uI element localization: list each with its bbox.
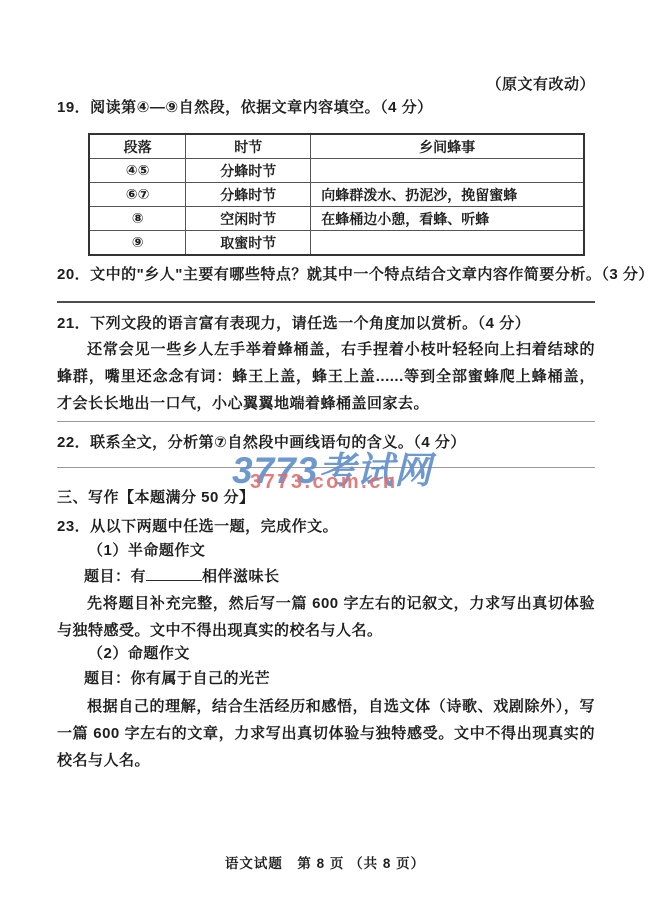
table-header-bee-affairs: 乡间蜂事 <box>311 134 584 159</box>
question-19-prompt: 19．阅读第④—⑨自然段，依据文章内容填空。（4 分） <box>57 99 433 118</box>
source-note: （原文有改动） <box>486 76 595 95</box>
table-cell-blank <box>311 231 584 256</box>
question-19-table: 段落 时节 乡间蜂事 ④⑤ 分蜂时节 ⑥⑦ 分蜂时节 向蜂群泼水、扔泥沙，挽留蜜… <box>88 133 585 256</box>
question-21-prompt: 21．下列文段的语言富有表现力，请任选一个角度加以赏析。（4 分） <box>57 315 530 334</box>
question-21-passage: 还常会见一些乡人左手举着蜂桶盖，右手捏着小枝叶轻轻向上扫着结球的蜂群，嘴里还念念… <box>57 336 595 417</box>
table-cell: 取蜜时节 <box>186 231 311 256</box>
section-divider <box>57 301 595 303</box>
table-cell: 分蜂时节 <box>186 183 311 207</box>
table-row: ⑨ 取蜜时节 <box>89 231 584 256</box>
title-suffix: 相伴滋味长 <box>202 568 280 585</box>
table-cell: ⑧ <box>89 207 186 231</box>
table-row: ⑥⑦ 分蜂时节 向蜂群泼水、扔泥沙，挽留蜜蜂 <box>89 183 584 207</box>
answer-divider <box>57 421 595 422</box>
table-row: ④⑤ 分蜂时节 <box>89 159 584 183</box>
table-cell: ⑥⑦ <box>89 183 186 207</box>
question-23-part2-title: 题目：你有属于自己的光芒 <box>84 670 270 689</box>
exam-page: （原文有改动） 19．阅读第④—⑨自然段，依据文章内容填空。（4 分） 段落 时… <box>0 0 650 917</box>
question-23-prompt: 23．从以下两题中任选一题，完成作文。 <box>57 518 338 537</box>
title-prefix: 题目：有 <box>84 568 146 585</box>
question-23-part1-note: 先将题目补充完整，然后写一篇 600 字左右的记叙文，力求写出真切体验与独特感受… <box>57 590 595 644</box>
question-23-part1-title: 题目：有相伴滋味长 <box>84 566 280 587</box>
fill-in-blank <box>146 566 202 581</box>
question-23-part1-label: （1）半命题作文 <box>88 542 205 561</box>
question-23-part2-label: （2）命题作文 <box>88 645 190 664</box>
table-cell: 分蜂时节 <box>186 159 311 183</box>
question-20-prompt: 20．文中的"乡人"主要有哪些特点？就其中一个特点结合文章内容作简要分析。（3 … <box>57 266 650 285</box>
table-cell: 向蜂群泼水、扔泥沙，挽留蜜蜂 <box>311 183 584 207</box>
question-23-part2-note: 根据自己的理解，结合生活经历和感悟，自选文体（诗歌、戏剧除外），写一篇 600 … <box>57 693 595 774</box>
table-cell-blank <box>311 159 584 183</box>
table-cell: 在蜂桶边小憩，看蜂、听蜂 <box>311 207 584 231</box>
table-header-paragraph: 段落 <box>89 134 186 159</box>
section-3-heading: 三、写作【本题满分 50 分】 <box>57 489 255 508</box>
table-header-row: 段落 时节 乡间蜂事 <box>89 134 584 159</box>
page-footer: 语文试题 第 8 页 （共 8 页） <box>0 852 650 872</box>
table-cell: 空闲时节 <box>186 207 311 231</box>
watermark-site-url: 3773.com.cn <box>250 471 398 494</box>
table-row: ⑧ 空闲时节 在蜂桶边小憩，看蜂、听蜂 <box>89 207 584 231</box>
table-cell: ⑨ <box>89 231 186 256</box>
table-cell: ④⑤ <box>89 159 186 183</box>
table-header-season: 时节 <box>186 134 311 159</box>
